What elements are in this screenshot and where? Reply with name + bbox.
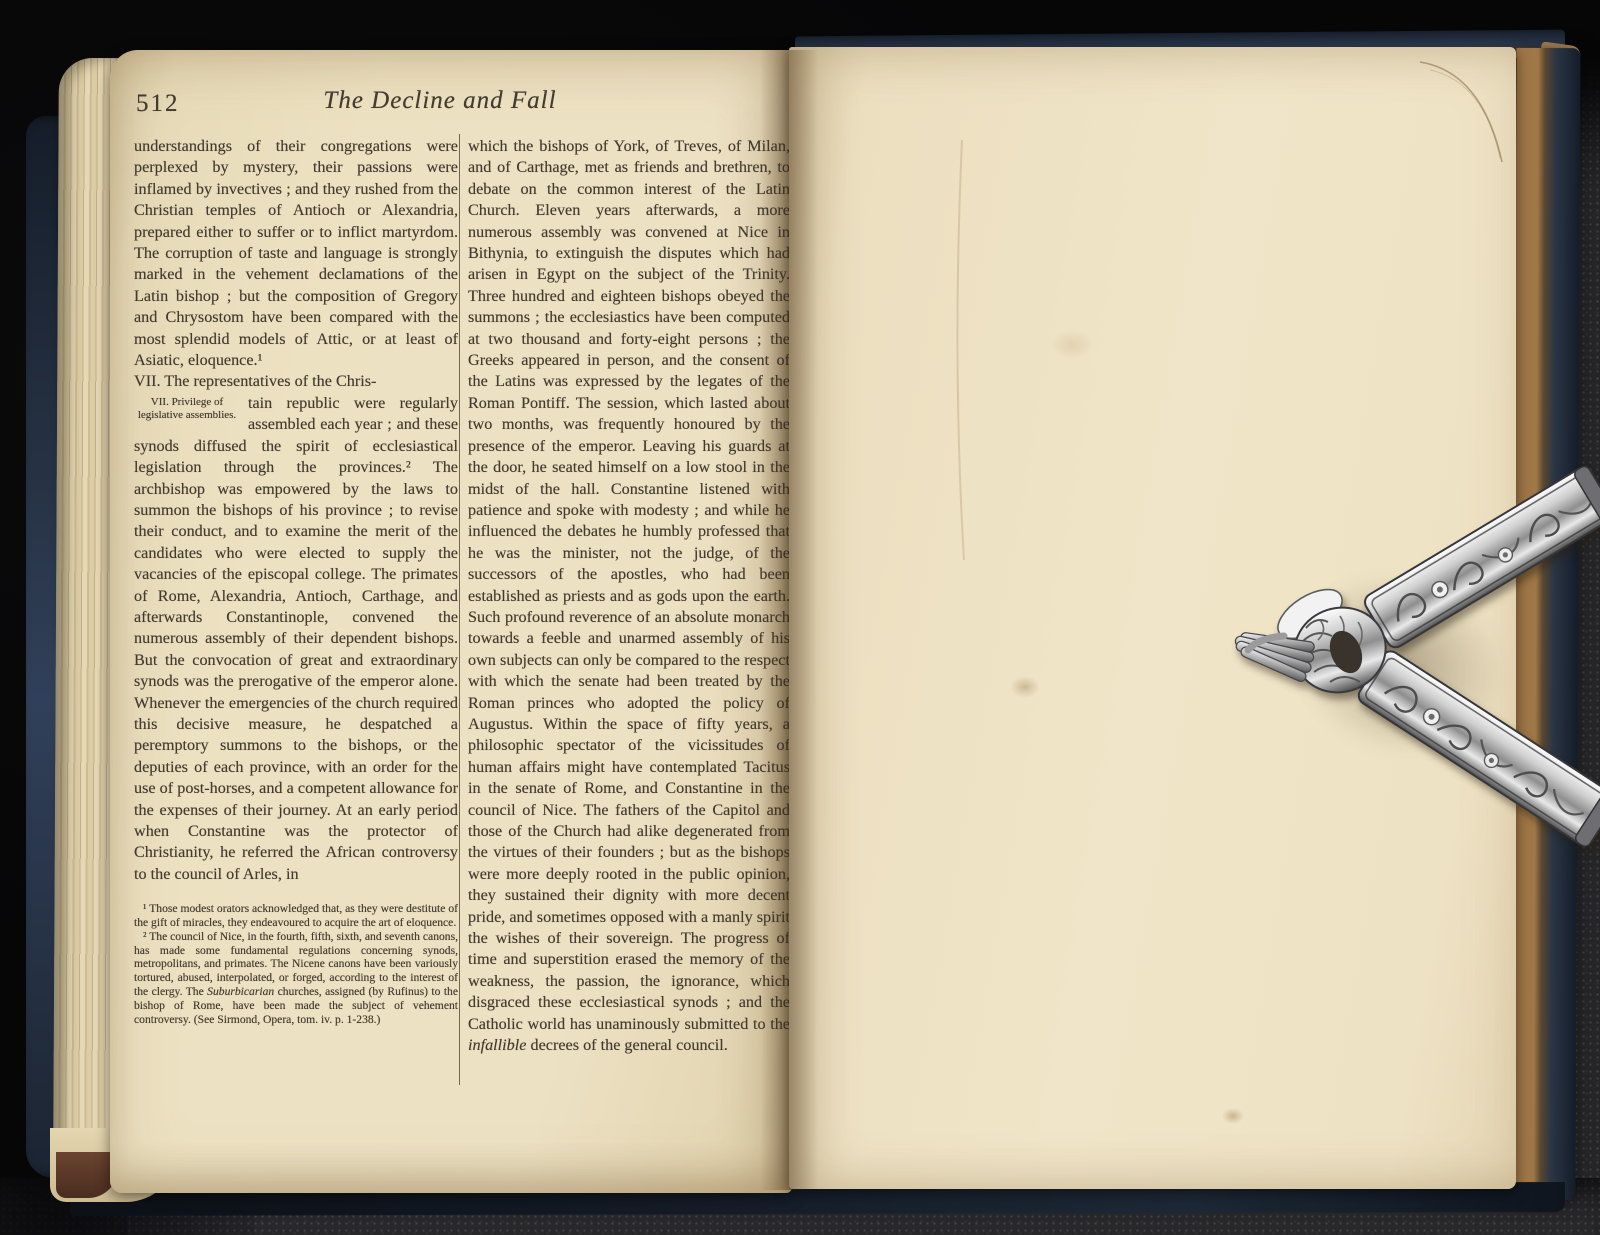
text-column-2: which the bishops of York, of Treves, of… <box>468 136 790 1056</box>
paragraph-2-body: tain republic were regularly assembled e… <box>134 394 458 883</box>
paragraph-3-text-cont: decrees of the general council. <box>526 1036 727 1054</box>
footnote-1: ¹ Those modest orators acknowledged that… <box>134 902 458 930</box>
column-divider-rule <box>459 134 460 1085</box>
running-header: The Decline and Fall <box>110 87 770 115</box>
paragraph-3: which the bishops of York, of Treves, of… <box>468 136 790 1056</box>
italic-word-infallible: infallible <box>468 1036 526 1054</box>
footnote-2-italic-word: Suburbicarian <box>207 985 274 998</box>
paragraph-2: VII. The representatives of the Chris-VI… <box>134 371 458 885</box>
section-lead-line: VII. The representatives of the Chris- <box>134 371 458 392</box>
left-book-page: 512 The Decline and Fall understandings … <box>110 50 792 1193</box>
paragraph-1: understandings of their congregations we… <box>134 136 458 371</box>
footnote-2: ² The council of Nice, in the fourth, fi… <box>134 930 458 1027</box>
paragraph-3-text: which the bishops of York, of Treves, of… <box>468 137 790 1033</box>
marginal-note: VII. Privilege of legislative assemblies… <box>134 396 240 423</box>
photo-canvas: { "scene": { "background_black": "#07070… <box>0 0 1600 1235</box>
footnotes-block: ¹ Those modest orators acknowledged that… <box>134 902 458 1026</box>
silver-bookmark-clip-icon <box>1222 462 1600 852</box>
text-column-1: understandings of their congregations we… <box>134 136 458 1026</box>
